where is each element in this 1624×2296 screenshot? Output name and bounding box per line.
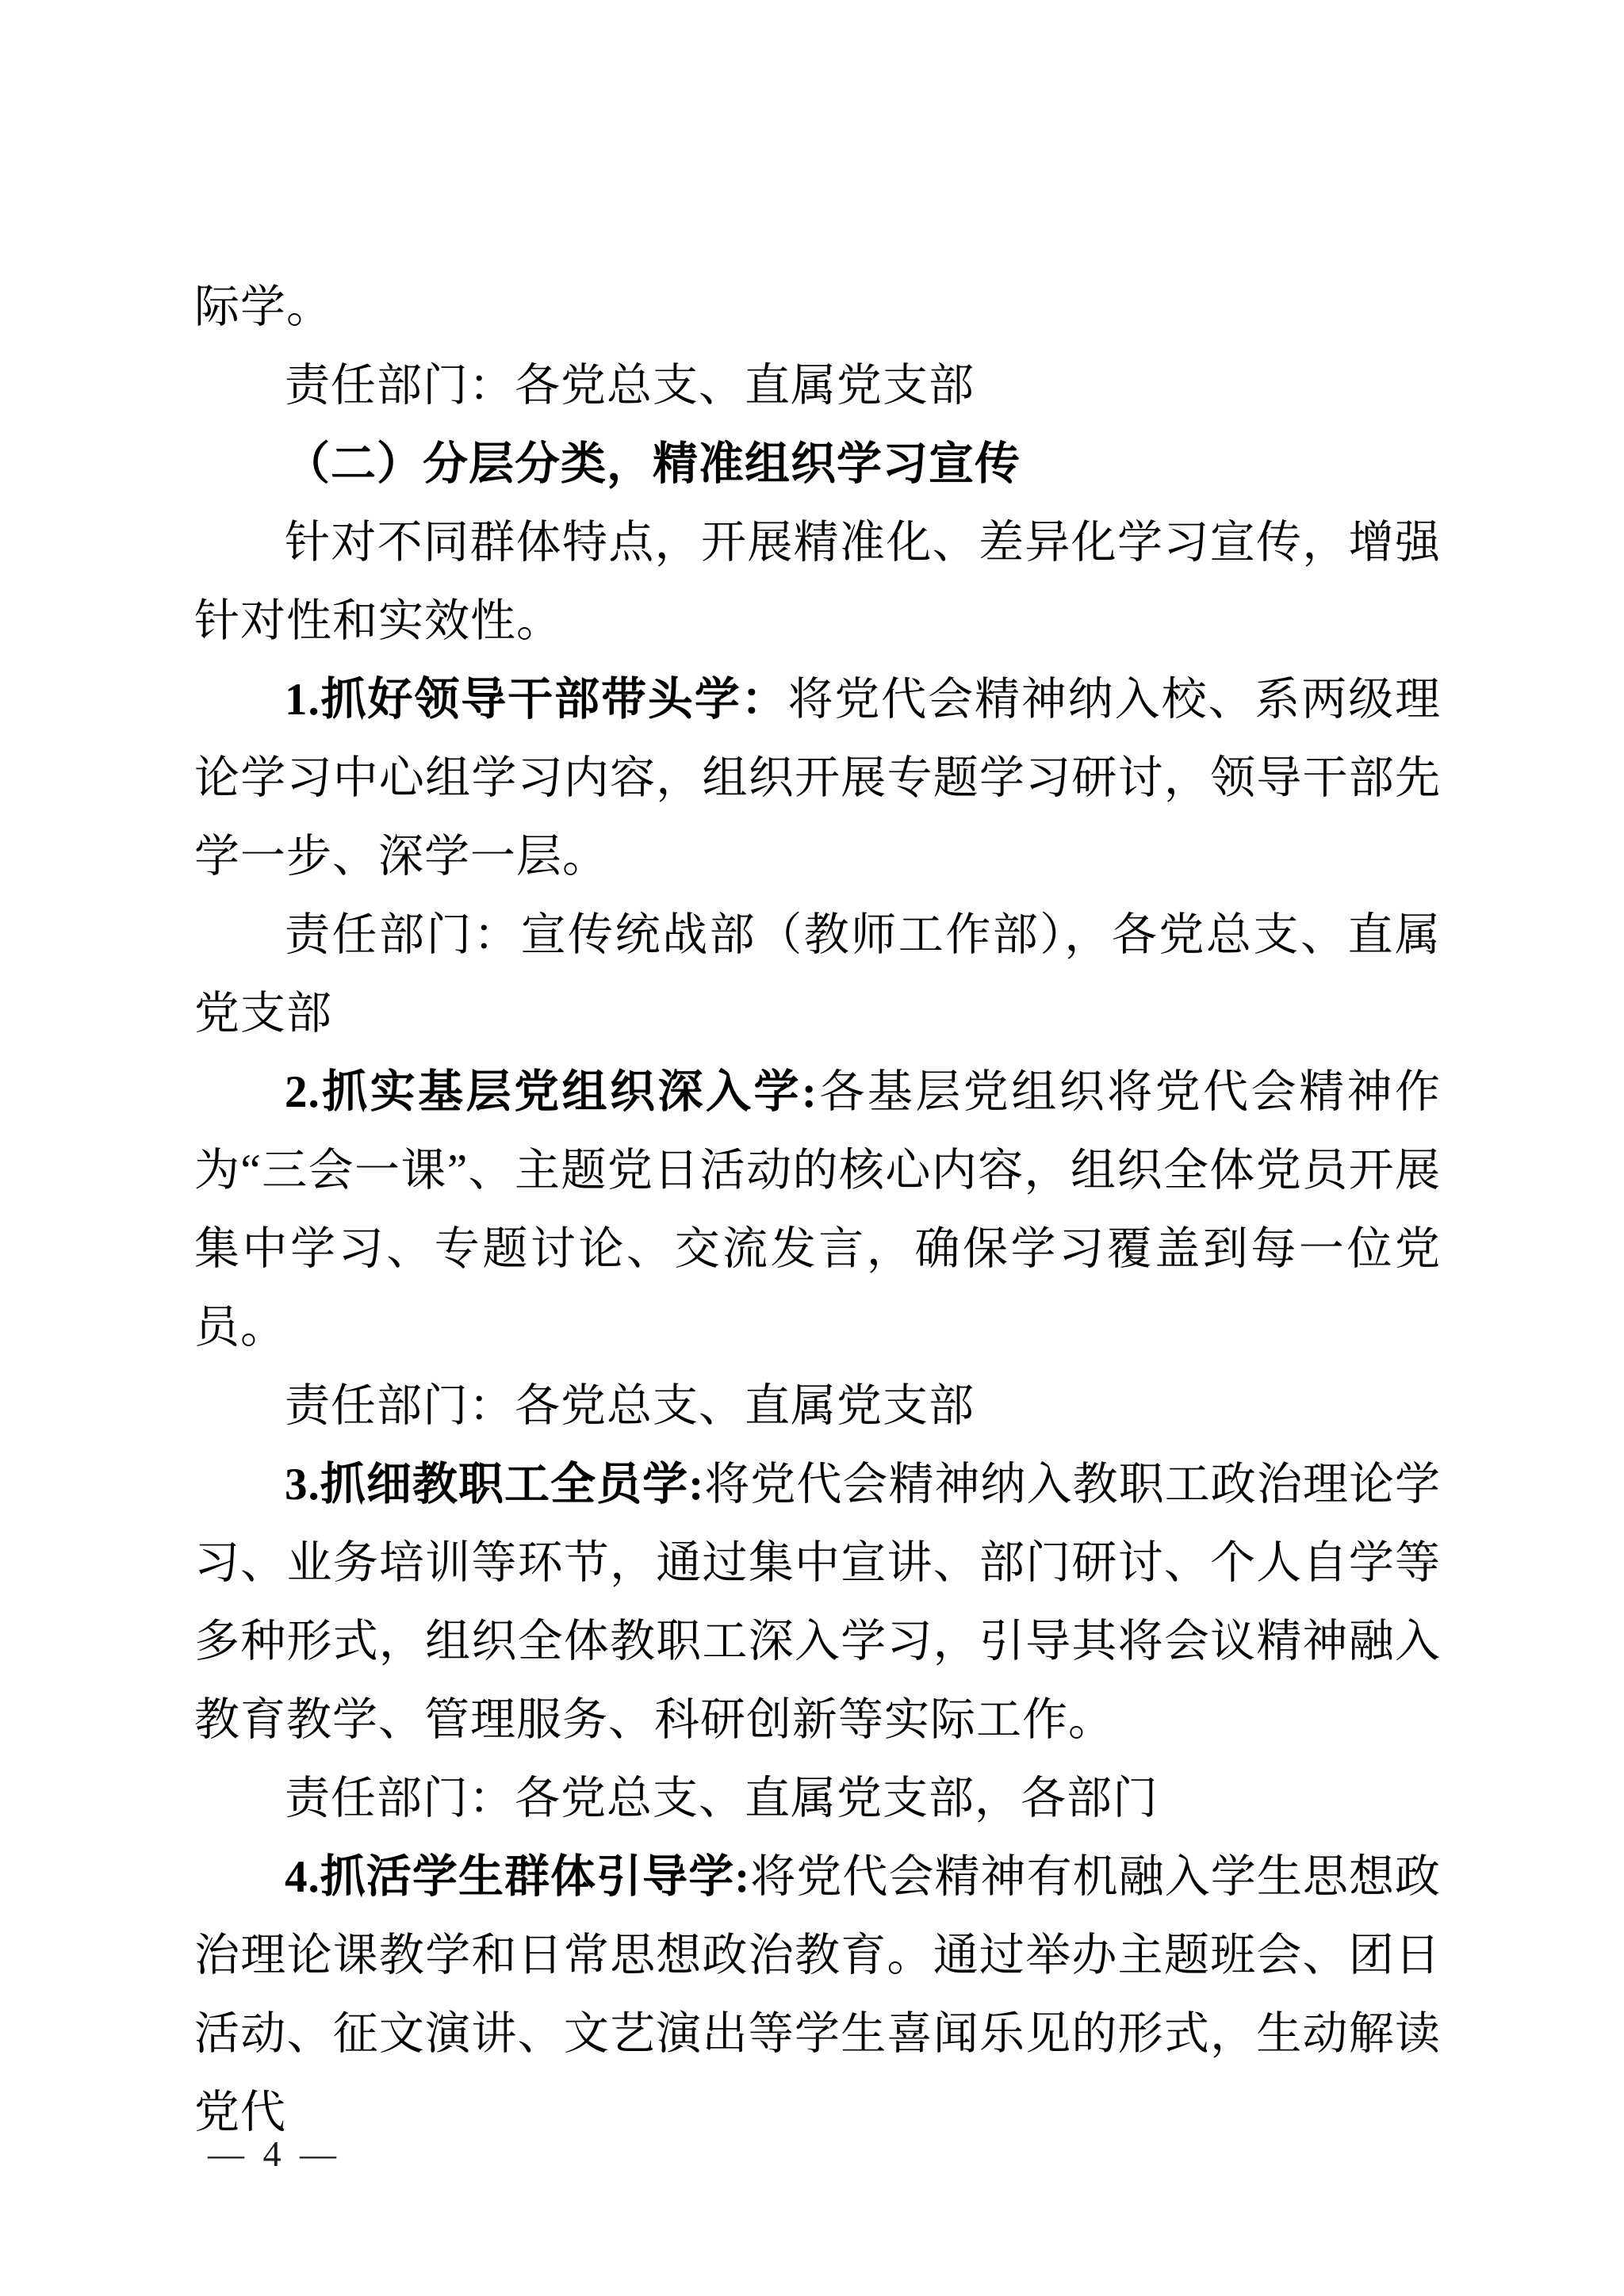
responsibility-line: 责任部门：各党总支、直属党支部 xyxy=(194,1367,1441,1445)
numbered-item-3-lead: 3.抓细教职工全员学: xyxy=(285,1460,704,1510)
paragraph: 针对不同群体特点，开展精准化、差异化学习宣传，增强针对性和实效性。 xyxy=(194,503,1441,660)
numbered-item-1: 1.抓好领导干部带头学：将党代会精神纳入校、系两级理论学习中心组学习内容，组织开… xyxy=(194,660,1441,896)
section-heading: （二）分层分类，精准组织学习宣传 xyxy=(194,425,1441,503)
paragraph-continuation: 际学。 xyxy=(194,268,1441,346)
responsibility-line: 责任部门：各党总支、直属党支部，各部门 xyxy=(194,1759,1441,1838)
page-number: — 4 — xyxy=(208,2133,341,2174)
numbered-item-2-lead: 2.抓实基层党组织深入学: xyxy=(285,1067,818,1117)
numbered-item-3: 3.抓细教职工全员学:将党代会精神纳入教职工政治理论学习、业务培训等环节，通过集… xyxy=(194,1445,1441,1759)
page-footer: — 4 — xyxy=(208,2131,341,2177)
numbered-item-2: 2.抓实基层党组织深入学:各基层党组织将党代会精神作为“三会一课”、主题党日活动… xyxy=(194,1053,1441,1367)
document-page: 际学。 责任部门：各党总支、直属党支部 （二）分层分类，精准组织学习宣传 针对不… xyxy=(0,0,1624,2296)
numbered-item-1-lead: 1.抓好领导干部带头学： xyxy=(285,675,788,725)
responsibility-line: 责任部门：宣传统战部（教师工作部），各党总支、直属党支部 xyxy=(194,896,1441,1053)
numbered-item-4-lead: 4.抓活学生群体引导学: xyxy=(285,1852,750,1902)
numbered-item-4: 4.抓活学生群体引导学:将党代会精神有机融入学生思想政治理论课教学和日常思想政治… xyxy=(194,1838,1441,2152)
responsibility-line: 责任部门：各党总支、直属党支部 xyxy=(194,346,1441,425)
document-body: 际学。 责任部门：各党总支、直属党支部 （二）分层分类，精准组织学习宣传 针对不… xyxy=(194,268,1441,2152)
